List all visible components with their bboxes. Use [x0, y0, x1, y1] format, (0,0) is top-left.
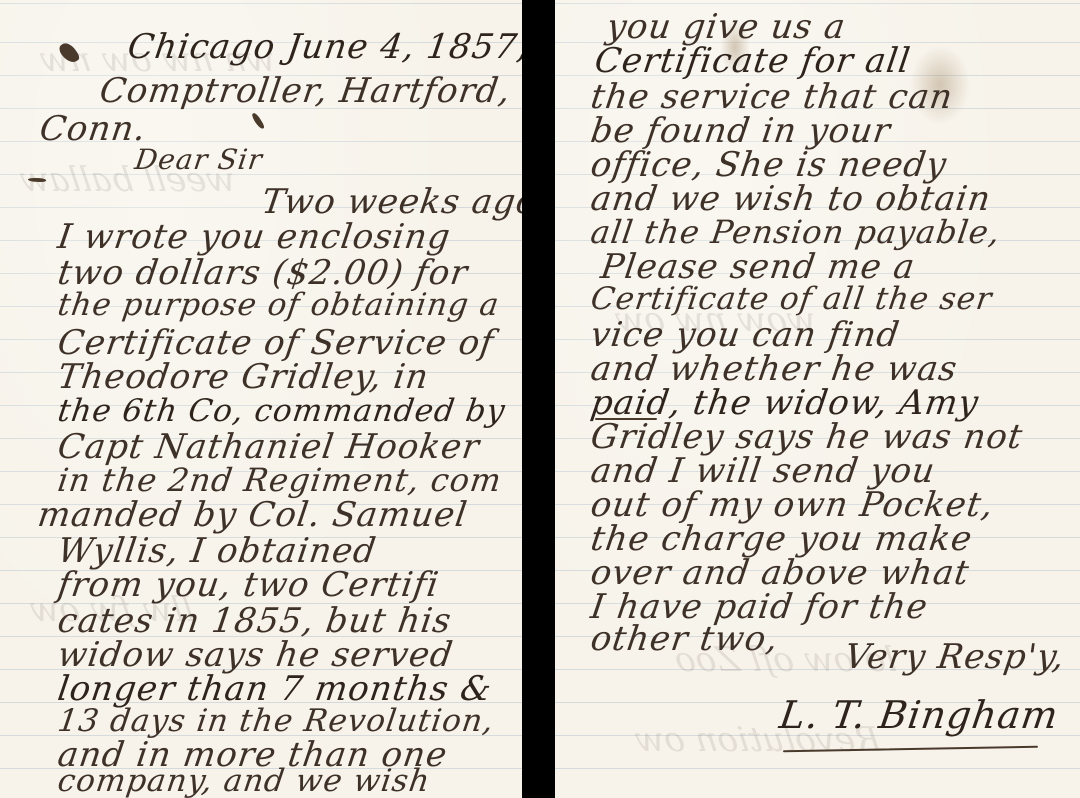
letter-line: the service that can: [589, 80, 956, 114]
letter-line: in the 2nd Regiment, com: [56, 464, 504, 496]
letter-line: office, She is needy: [589, 148, 949, 182]
letter-line: out of my own Pocket,: [589, 488, 996, 522]
letter-line: Please send me a: [599, 250, 918, 284]
letter-signature: L. T. Bingham: [777, 696, 1061, 734]
letter-line: paid, the widow, Amy: [589, 386, 981, 420]
letter-line: all the Pension payable,: [589, 216, 1003, 248]
letter-line: longer than 7 months &: [56, 672, 495, 706]
letter-line: you give us a: [605, 10, 848, 44]
letter-line: Certificate of all the ser: [589, 284, 994, 315]
letter-line: Capt Nathaniel Hooker: [56, 430, 482, 464]
letter-line: I wrote you enclosing: [56, 220, 453, 254]
letter-line: vice you can find: [589, 318, 902, 352]
letter-line: the 6th Co, commanded by: [56, 396, 508, 427]
letter-line: be found in your: [589, 114, 893, 148]
letter-line: cates in 1855, but his: [56, 604, 454, 638]
letter-line: Certificate of Service of: [56, 326, 497, 360]
letter-line: Wyllis, I obtained: [56, 534, 379, 568]
letter-closing: Very Resp'y,: [843, 640, 1067, 674]
letter-page-1: wn nw ow nw weell ballaw llw fw ow Chica…: [0, 0, 522, 798]
letter-line: the purpose of obtaining a: [56, 290, 502, 321]
letter-line: Chicago June 4, 1857,: [126, 30, 522, 64]
letter-line: Two weeks ago,: [260, 185, 522, 219]
letter-line: widow says he served: [56, 638, 456, 672]
letter-line: 13 days in the Revolution,: [56, 706, 496, 737]
letter-line: Gridley says he was not: [589, 420, 1026, 454]
letter-line: and whether he was: [589, 352, 960, 386]
letter-line: company, and we wish: [56, 766, 432, 797]
letter-page-2: wow nw ow lo ow ofl Zoo Revolution ow yo…: [555, 0, 1080, 798]
letter-line: the charge you make: [589, 522, 975, 556]
letter-line: over and above what: [589, 556, 972, 590]
letter-line: Comptroller, Hartford,: [98, 74, 513, 108]
letter-line: from you, two Certifi: [56, 568, 442, 602]
letter-salutation: Dear Sir: [133, 146, 264, 174]
letter-line: and I will send you: [589, 454, 938, 488]
letter-line: two dollars ($2.00) for: [56, 256, 471, 290]
letter-line: Theodore Gridley, in: [56, 360, 431, 394]
letter-line: manded by Col. Samuel: [36, 498, 470, 532]
ink-blot: [251, 112, 265, 131]
letter-line: Certificate for all: [593, 44, 913, 78]
letter-line: and we wish to obtain: [589, 182, 994, 216]
letter-line: other two,: [589, 622, 781, 656]
letter-line: Conn.: [38, 112, 149, 146]
page-gutter: [522, 0, 555, 798]
